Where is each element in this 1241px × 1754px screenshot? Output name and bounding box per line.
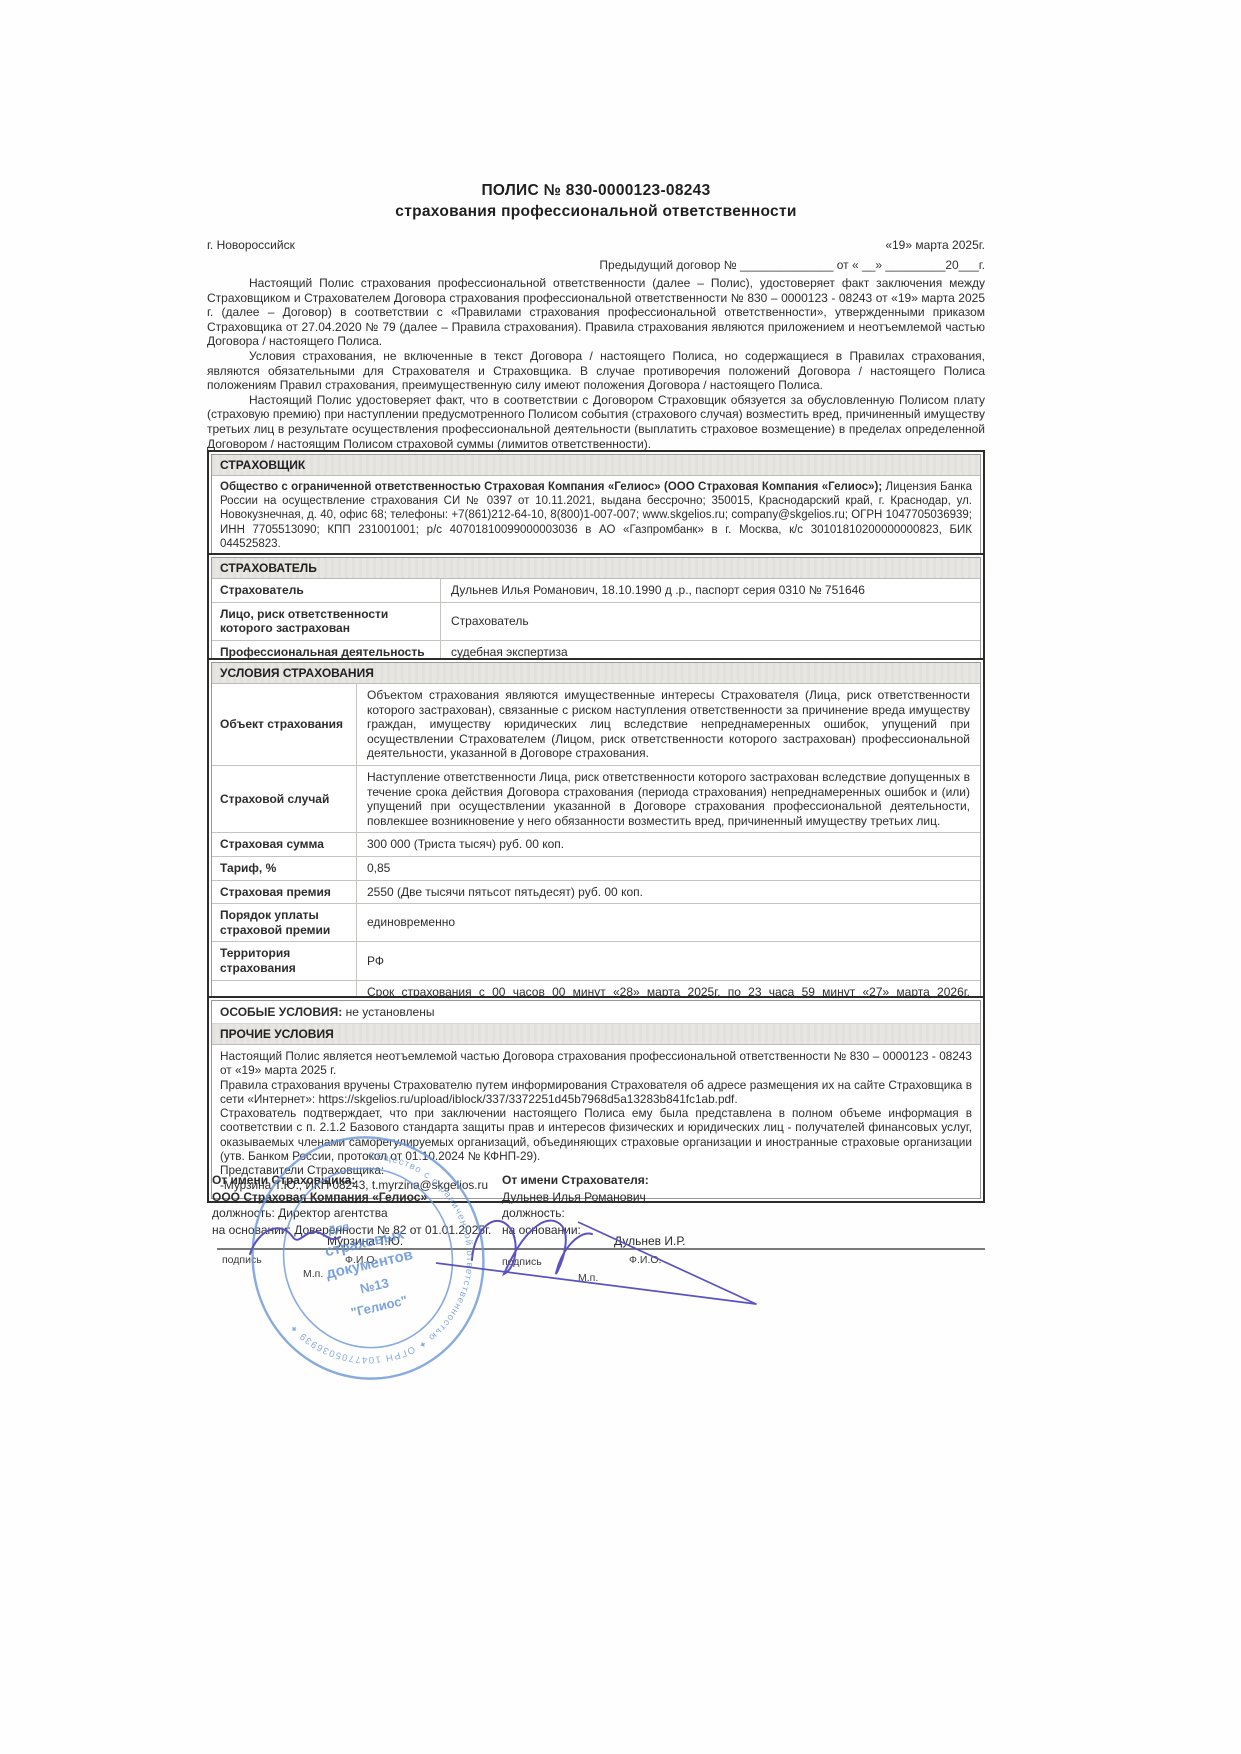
row-label: Страховой случай bbox=[212, 788, 356, 811]
row-value: Дульнев Илья Романович, 18.10.1990 д .р.… bbox=[440, 579, 980, 602]
insured-signature-block: От имени Страхователя: Дульнев Илья Рома… bbox=[502, 1172, 802, 1238]
insurer-header: СТРАХОВЩИК bbox=[212, 455, 980, 476]
insured-header: СТРАХОВАТЕЛЬ bbox=[212, 558, 980, 579]
insurer-signature-block: От имени Страховщика: ООО Страховая Комп… bbox=[212, 1172, 512, 1238]
other-paragraph-2: Правила страхования вручены Страхователю… bbox=[220, 1078, 972, 1107]
row-value: Страхователь bbox=[440, 603, 980, 640]
insurer-position: должность: Директор агентства bbox=[212, 1205, 512, 1222]
stamp-line-5: "Гелиос" bbox=[349, 1292, 408, 1320]
insured-box: СТРАХОВАТЕЛЬ Страхователь Дульнев Илья Р… bbox=[207, 553, 985, 668]
insurer-signature-title: От имени Страховщика: bbox=[212, 1172, 512, 1189]
other-paragraph-3: Страхователь подтверждает, что при заклю… bbox=[220, 1106, 972, 1163]
sign-label-left: подпись bbox=[222, 1254, 262, 1266]
row-value: 0,85 bbox=[356, 857, 980, 880]
document-title: ПОЛИС № 830-0000123-08243 страхования пр… bbox=[207, 180, 985, 222]
stamp-line-4: №13 bbox=[359, 1275, 391, 1296]
intro-paragraph-3: Настоящий Полис удостоверяет факт, что в… bbox=[207, 393, 985, 451]
intro-paragraphs: Настоящий Полис страхования профессионал… bbox=[207, 276, 985, 451]
table-row: Страховая сумма 300 000 (Триста тысяч) р… bbox=[212, 832, 980, 856]
row-label: Страховая премия bbox=[212, 881, 356, 904]
insured-signature-person: Дульнев Илья Романович bbox=[502, 1189, 802, 1206]
row-value: 300 000 (Триста тысяч) руб. 00 коп. bbox=[356, 833, 980, 856]
row-label: Страховая сумма bbox=[212, 833, 356, 856]
other-conditions-header: ПРОЧИЕ УСЛОВИЯ bbox=[212, 1024, 980, 1045]
insurer-name: Общество с ограниченной ответственностью… bbox=[220, 481, 882, 493]
row-label: Порядок уплаты страховой премии bbox=[212, 904, 356, 941]
fio-label-right: Ф.И.О. bbox=[629, 1254, 661, 1266]
row-value: 2550 (Две тысячи пятьсот пятьдесят) руб.… bbox=[356, 881, 980, 904]
date-label: «19» марта 2025г. bbox=[885, 238, 985, 252]
sign-label-right: подпись bbox=[502, 1256, 542, 1268]
insured-position: должность: bbox=[502, 1205, 802, 1222]
insurer-signature-company: ООО Страховая Компания «Гелиос» bbox=[212, 1189, 512, 1206]
insurer-sign-name: Мурзина Т.Ю. bbox=[327, 1234, 403, 1248]
row-label: Территория страхования bbox=[212, 942, 356, 979]
intro-paragraph-1: Настоящий Полис страхования профессионал… bbox=[207, 276, 985, 349]
policy-subtitle: страхования профессиональной ответственн… bbox=[207, 201, 985, 222]
table-row: Страховая премия 2550 (Две тысячи пятьсо… bbox=[212, 880, 980, 904]
insurer-box: СТРАХОВЩИК Общество с ограниченной ответ… bbox=[207, 450, 985, 561]
intro-paragraph-2: Условия страхования, не включенные в тек… bbox=[207, 349, 985, 393]
table-row: Объект страхования Объектом страхования … bbox=[212, 684, 980, 765]
table-row: Порядок уплаты страховой премии единовре… bbox=[212, 903, 980, 941]
mp-label-left: М.п. bbox=[303, 1268, 323, 1280]
insured-signature-title: От имени Страхователя: bbox=[502, 1172, 802, 1189]
table-row: Территория страхования РФ bbox=[212, 941, 980, 979]
row-label: Тариф, % bbox=[212, 857, 356, 880]
previous-contract-line: Предыдущий договор № ______________ от «… bbox=[207, 258, 985, 272]
mp-label-right: М.п. bbox=[578, 1272, 598, 1284]
row-label: Объект страхования bbox=[212, 713, 356, 736]
insured-sign-name: Дульнев И.Р. bbox=[614, 1234, 685, 1248]
special-conditions-row: ОСОБЫЕ УСЛОВИЯ: не установлены bbox=[212, 1001, 980, 1024]
special-conditions-label: ОСОБЫЕ УСЛОВИЯ: bbox=[220, 1005, 342, 1019]
row-label: Лицо, риск ответственности которого заст… bbox=[212, 603, 440, 640]
other-paragraph-1: Настоящий Полис является неотъемлемой ча… bbox=[220, 1049, 972, 1078]
row-value: Объектом страхования являются имуществен… bbox=[356, 684, 980, 765]
table-row: Тариф, % 0,85 bbox=[212, 856, 980, 880]
policy-document-page: ПОЛИС № 830-0000123-08243 страхования пр… bbox=[0, 0, 1241, 1754]
row-value: единовременно bbox=[356, 904, 980, 941]
policy-number-title: ПОЛИС № 830-0000123-08243 bbox=[207, 180, 985, 201]
city-label: г. Новороссийск bbox=[207, 238, 295, 252]
city-date-row: г. Новороссийск «19» марта 2025г. bbox=[207, 238, 985, 252]
table-row: Лицо, риск ответственности которого заст… bbox=[212, 602, 980, 640]
row-label: Страхователь bbox=[212, 579, 440, 602]
special-conditions-value: не установлены bbox=[342, 1005, 434, 1019]
conditions-header: УСЛОВИЯ СТРАХОВАНИЯ bbox=[212, 663, 980, 684]
table-row: Страхователь Дульнев Илья Романович, 18.… bbox=[212, 579, 980, 602]
row-value: РФ bbox=[356, 942, 980, 979]
fio-label-left: Ф.И.О. bbox=[345, 1254, 377, 1266]
table-row: Страховой случай Наступление ответственн… bbox=[212, 765, 980, 832]
insurer-details: Общество с ограниченной ответственностью… bbox=[212, 476, 980, 556]
row-value: Наступление ответственности Лица, риск о… bbox=[356, 766, 980, 832]
